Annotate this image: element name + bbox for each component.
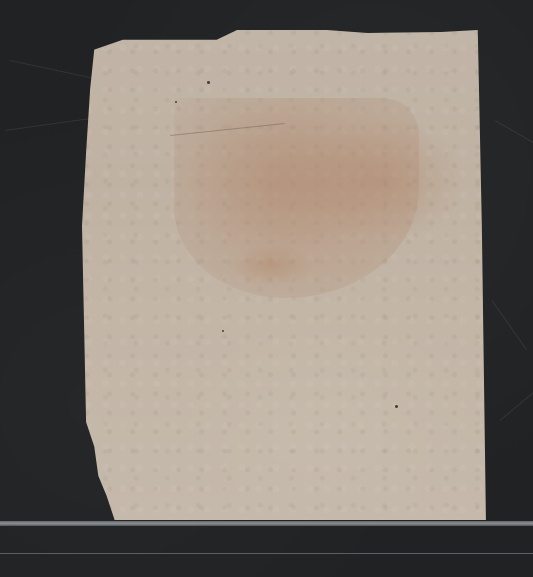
scratch-mark (495, 120, 533, 146)
scratch-mark (5, 117, 94, 131)
mount-strip-line (0, 553, 533, 554)
stock-card-background (0, 0, 533, 577)
mount-strip-edge (0, 521, 533, 526)
paper-speck (395, 405, 398, 408)
paper-speck (207, 81, 210, 84)
paper-speck (222, 330, 224, 332)
scratch-mark (500, 391, 533, 421)
stamp-back (82, 30, 490, 520)
paper-speck (175, 101, 177, 103)
scratch-mark (492, 300, 527, 350)
